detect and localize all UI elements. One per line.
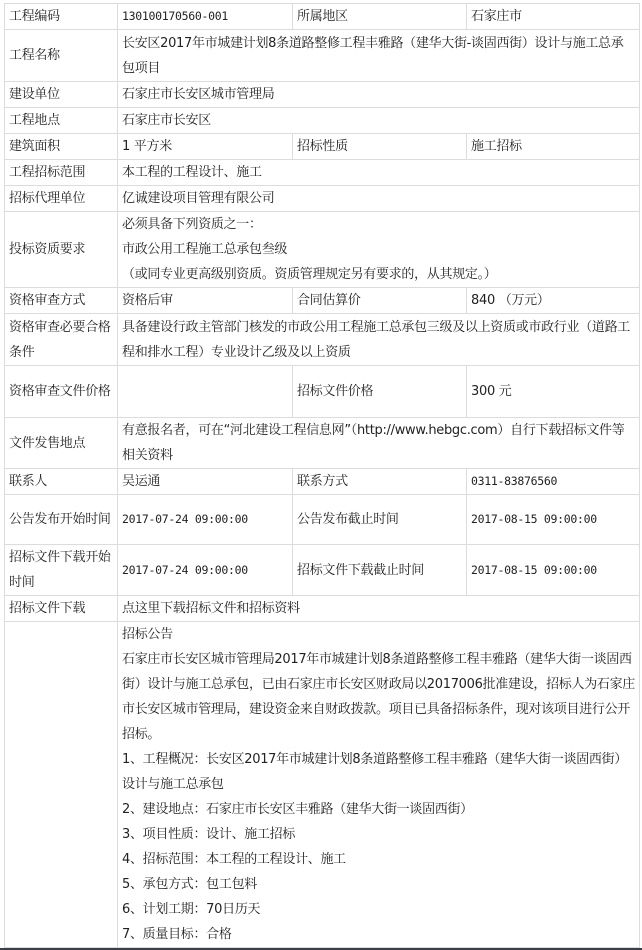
- row-review-doc-price: 资格审查文件价格 招标文件价格 300 元: [5, 366, 640, 418]
- row-qualification: 投标资质要求 必须具备下列资质之一： 市政公用工程施工总承包叁级 （或同专业更高…: [5, 212, 640, 288]
- value-location: 石家庄市长安区: [118, 108, 640, 134]
- value-download-end: 2017-08-15 09:00:00: [467, 545, 640, 596]
- notice-intro: 石家庄市长安区城市管理局2017年市城建计划8条道路整修工程丰雅路（建华大街一谈…: [122, 647, 635, 747]
- value-qualification: 必须具备下列资质之一： 市政公用工程施工总承包叁级 （或同专业更高级别资质。资质…: [118, 212, 640, 288]
- notice-title: 招标公告: [122, 622, 635, 647]
- value-tender-doc-price: 300 元: [467, 366, 640, 418]
- notice-item: 1、工程概况：长安区2017年市城建计划8条道路整修工程丰雅路（建华大街一谈固西…: [122, 747, 635, 797]
- row-builder: 建设单位 石家庄市长安区城市管理局: [5, 82, 640, 108]
- value-project-name: 长安区2017年市城建计划8条道路整修工程丰雅路（建华大街-谈固西街）设计与施工…: [118, 30, 640, 82]
- value-tender-type: 施工招标: [467, 134, 640, 160]
- page: 工程编码 130100170560-001 所属地区 石家庄市 工程名称 长安区…: [0, 0, 642, 948]
- notice-item: 7、质量目标：合格: [122, 922, 635, 947]
- label-area: 建筑面积: [5, 134, 118, 160]
- label-location: 工程地点: [5, 108, 118, 134]
- label-project-code: 工程编码: [5, 4, 118, 30]
- row-project-name: 工程名称 长安区2017年市城建计划8条道路整修工程丰雅路（建华大街-谈固西街）…: [5, 30, 640, 82]
- value-agency: 亿诚建设项目管理有限公司: [118, 186, 640, 212]
- row-location: 工程地点 石家庄市长安区: [5, 108, 640, 134]
- notice-item: 6、计划工期：70日历天: [122, 897, 635, 922]
- value-review-doc-price: [118, 366, 293, 418]
- value-download: 点这里下载招标文件和招标资料: [118, 596, 640, 622]
- value-contact: 吴运通: [118, 469, 293, 495]
- value-contract-price: 840 （万元）: [467, 288, 640, 314]
- value-review-conditions: 具备建设行政主管部门核发的市政公用工程施工总承包三级及以上资质或市政行业（道路工…: [118, 314, 640, 366]
- row-agency: 招标代理单位 亿诚建设项目管理有限公司: [5, 186, 640, 212]
- row-download: 招标文件下载 点这里下载招标文件和招标资料: [5, 596, 640, 622]
- label-review-method: 资格审查方式: [5, 288, 118, 314]
- value-sale-place: 有意报名者，可在“河北建设工程信息网”（http://www.hebgc.com…: [118, 418, 640, 469]
- label-tender-doc-price: 招标文件价格: [293, 366, 467, 418]
- row-area: 建筑面积 1 平方米 招标性质 施工招标: [5, 134, 640, 160]
- value-notice-start: 2017-07-24 09:00:00: [118, 495, 293, 545]
- download-link[interactable]: 点这里下载招标文件和招标资料: [122, 601, 300, 616]
- qualification-line: （或同专业更高级别资质。资质管理规定另有要求的，从其规定。）: [122, 262, 635, 287]
- label-contact: 联系人: [5, 469, 118, 495]
- value-region: 石家庄市: [467, 4, 640, 30]
- label-notice: [5, 622, 118, 948]
- row-project-code: 工程编码 130100170560-001 所属地区 石家庄市: [5, 4, 640, 30]
- label-download-start: 招标文件下载开始时间: [5, 545, 118, 596]
- notice-item: 3、项目性质：设计、施工招标: [122, 822, 635, 847]
- row-review-conditions: 资格审查必要合格条件 具备建设行政主管部门核发的市政公用工程施工总承包三级及以上…: [5, 314, 640, 366]
- label-agency: 招标代理单位: [5, 186, 118, 212]
- value-notice-end: 2017-08-15 09:00:00: [467, 495, 640, 545]
- value-review-method: 资格后审: [118, 288, 293, 314]
- value-builder: 石家庄市长安区城市管理局: [118, 82, 640, 108]
- row-notice-time: 公告发布开始时间 2017-07-24 09:00:00 公告发布截止时间 20…: [5, 495, 640, 545]
- label-download-end: 招标文件下载截止时间: [293, 545, 467, 596]
- qualification-line: 市政公用工程施工总承包叁级: [122, 237, 635, 262]
- row-sale-place: 文件发售地点 有意报名者，可在“河北建设工程信息网”（http://www.he…: [5, 418, 640, 469]
- label-contract-price: 合同估算价: [293, 288, 467, 314]
- notice-item: 2、建设地点：石家庄市长安区丰雅路（建华大街一谈固西街）: [122, 797, 635, 822]
- row-contact: 联系人 吴运通 联系方式 0311-83876560: [5, 469, 640, 495]
- label-notice-end: 公告发布截止时间: [293, 495, 467, 545]
- label-review-conditions: 资格审查必要合格条件: [5, 314, 118, 366]
- row-scope: 工程招标范围 本工程的工程设计、施工: [5, 160, 640, 186]
- label-builder: 建设单位: [5, 82, 118, 108]
- row-download-time: 招标文件下载开始时间 2017-07-24 09:00:00 招标文件下载截止时…: [5, 545, 640, 596]
- row-notice: 招标公告 石家庄市长安区城市管理局2017年市城建计划8条道路整修工程丰雅路（建…: [5, 622, 640, 948]
- label-sale-place: 文件发售地点: [5, 418, 118, 469]
- notice-item: 5、承包方式：包工包料: [122, 872, 635, 897]
- label-scope: 工程招标范围: [5, 160, 118, 186]
- label-region: 所属地区: [293, 4, 467, 30]
- qualification-line: 必须具备下列资质之一：: [122, 212, 635, 237]
- value-phone: 0311-83876560: [467, 469, 640, 495]
- label-phone: 联系方式: [293, 469, 467, 495]
- value-project-code: 130100170560-001: [118, 4, 293, 30]
- value-scope: 本工程的工程设计、施工: [118, 160, 640, 186]
- label-review-doc-price: 资格审查文件价格: [5, 366, 118, 418]
- project-info-table: 工程编码 130100170560-001 所属地区 石家庄市 工程名称 长安区…: [4, 3, 640, 948]
- label-tender-type: 招标性质: [293, 134, 467, 160]
- value-notice: 招标公告 石家庄市长安区城市管理局2017年市城建计划8条道路整修工程丰雅路（建…: [118, 622, 640, 948]
- value-download-start: 2017-07-24 09:00:00: [118, 545, 293, 596]
- value-area: 1 平方米: [118, 134, 293, 160]
- label-download: 招标文件下载: [5, 596, 118, 622]
- label-project-name: 工程名称: [5, 30, 118, 82]
- row-review-method: 资格审查方式 资格后审 合同估算价 840 （万元）: [5, 288, 640, 314]
- label-qualification: 投标资质要求: [5, 212, 118, 288]
- label-notice-start: 公告发布开始时间: [5, 495, 118, 545]
- notice-item: 4、招标范围：本工程的工程设计、施工: [122, 847, 635, 872]
